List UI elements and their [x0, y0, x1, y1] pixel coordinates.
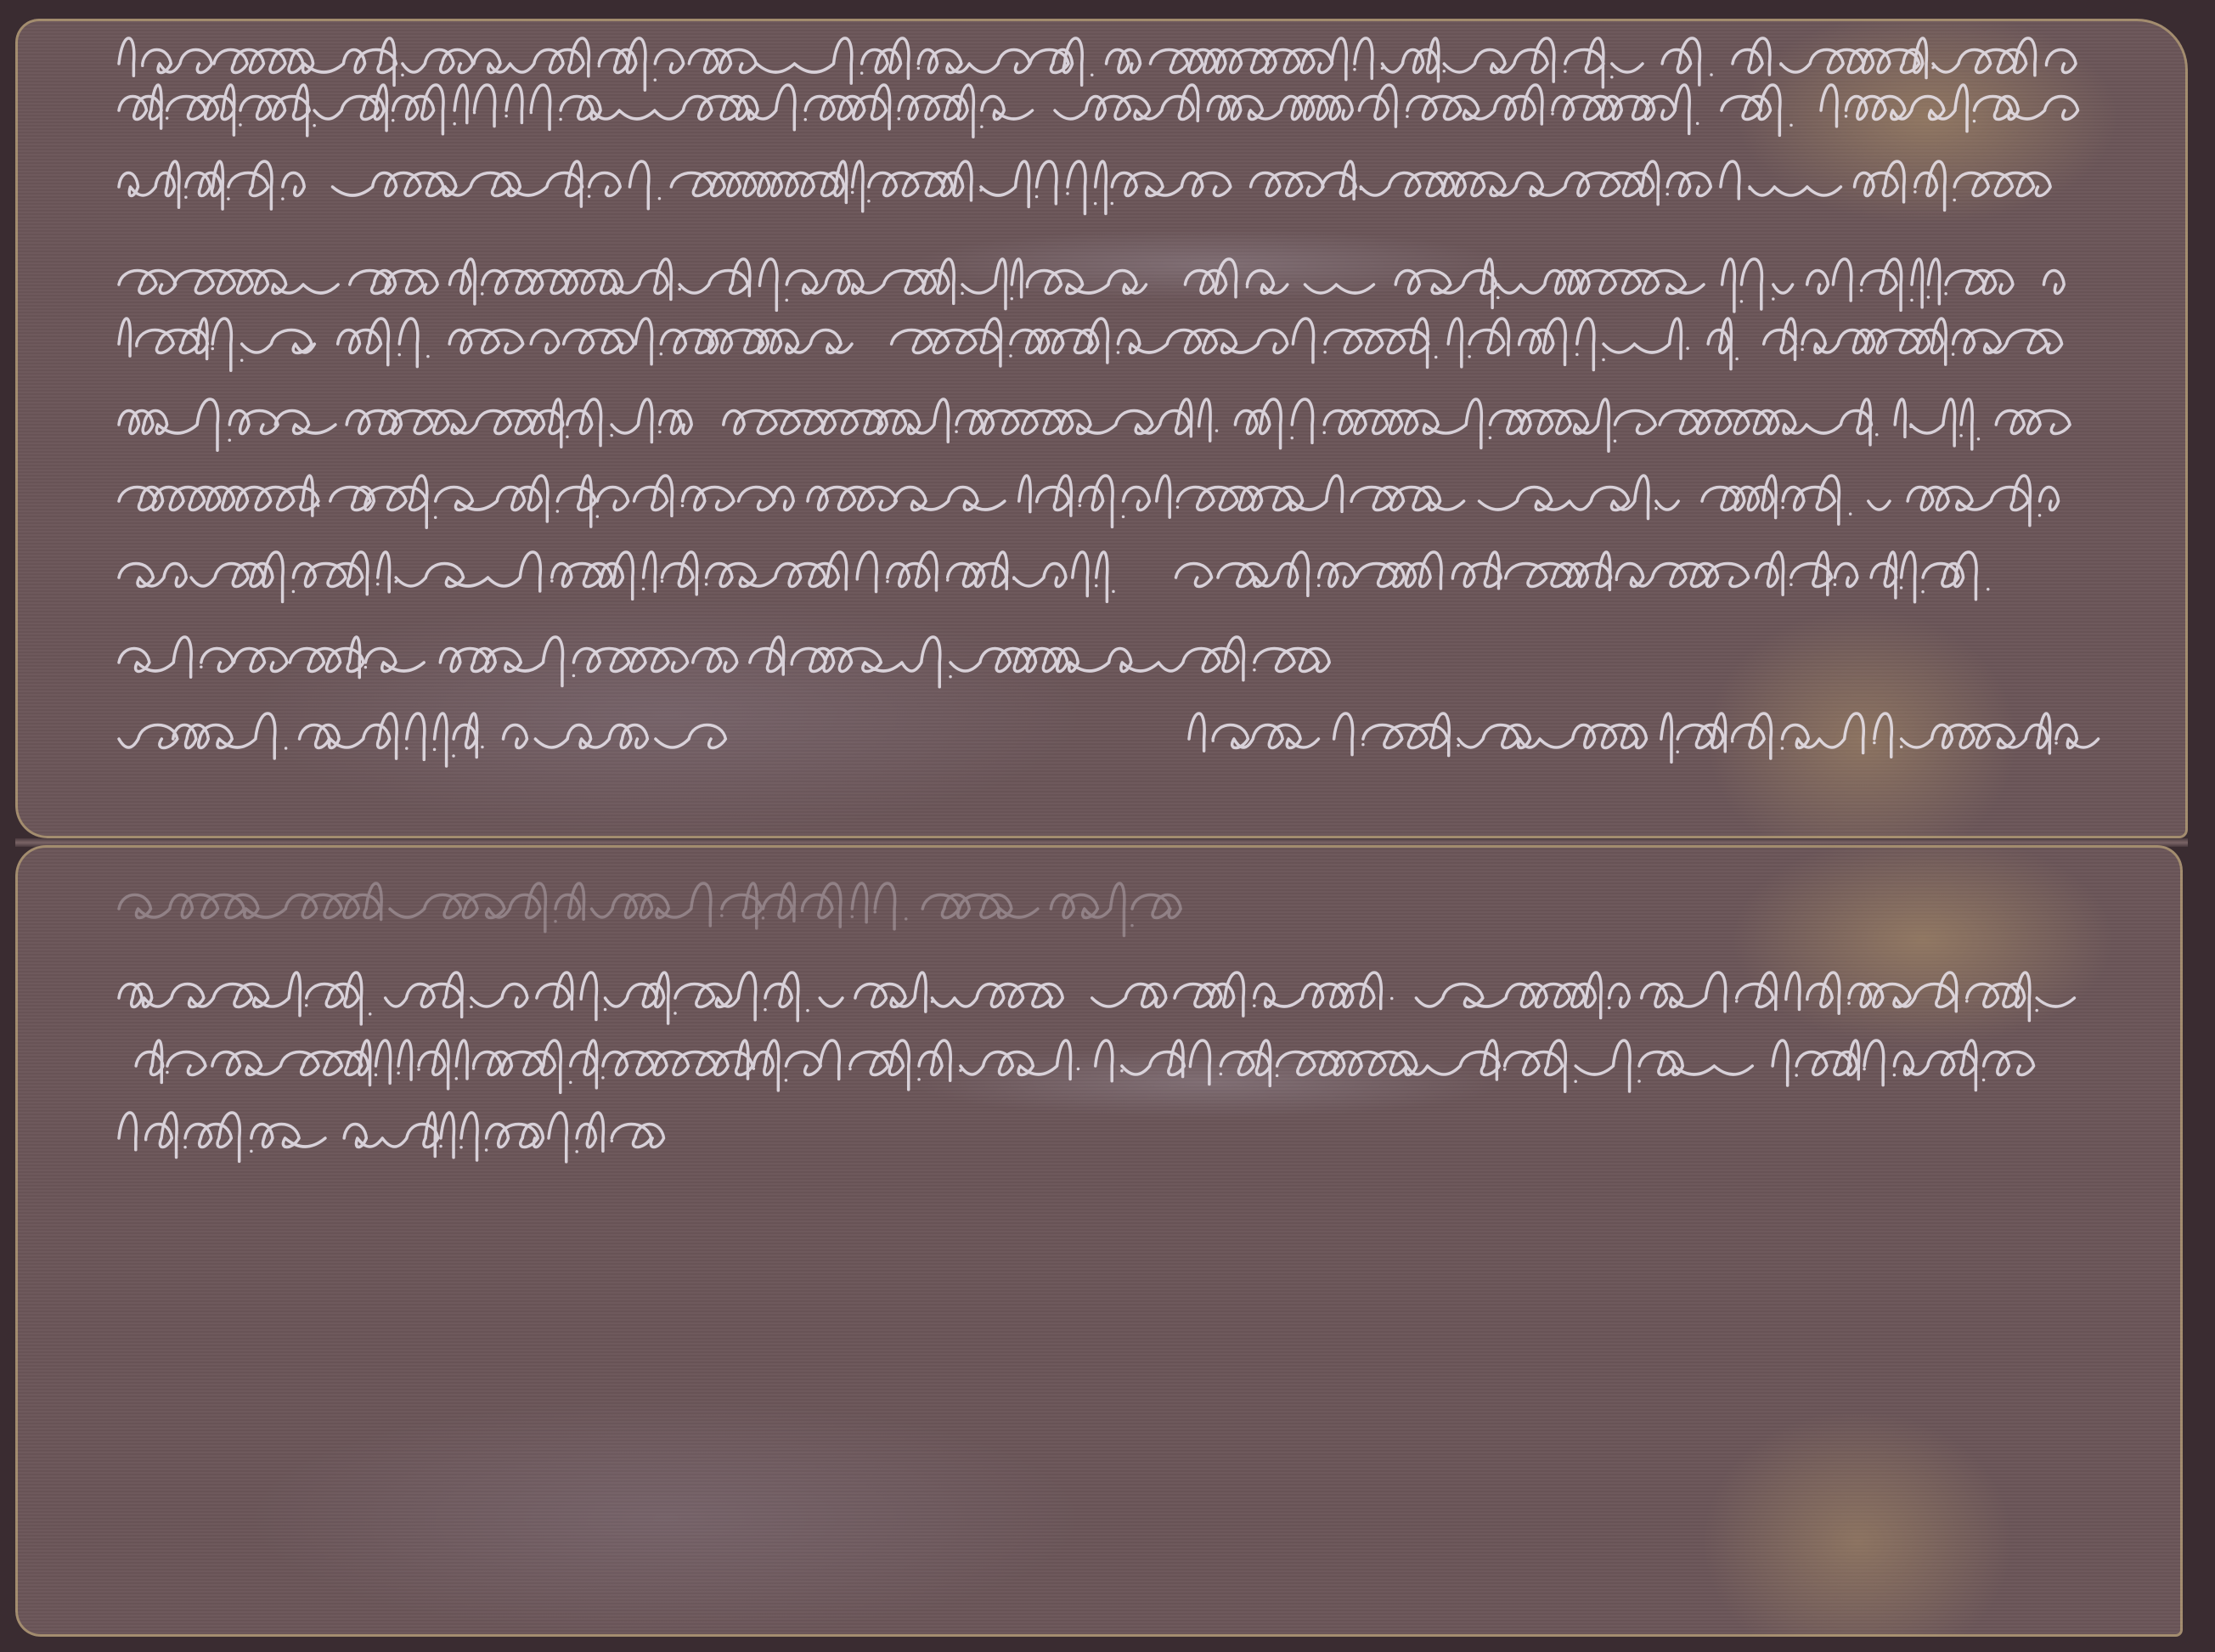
script-line — [119, 1113, 679, 1164]
script-line — [119, 476, 2072, 527]
script-line — [1189, 713, 2123, 764]
script-line — [119, 161, 2055, 212]
script-line — [119, 319, 2072, 369]
script-line — [119, 883, 1189, 934]
manuscript-bottom-panel — [15, 845, 2183, 1637]
script-line — [119, 38, 2089, 89]
script-line — [119, 85, 2072, 136]
script-line — [119, 1040, 2064, 1091]
script-line — [119, 637, 1342, 688]
script-line — [119, 399, 2072, 450]
script-line — [119, 973, 2064, 1023]
script-line — [119, 713, 747, 764]
script-line — [119, 552, 2004, 603]
script-line — [119, 259, 2072, 310]
